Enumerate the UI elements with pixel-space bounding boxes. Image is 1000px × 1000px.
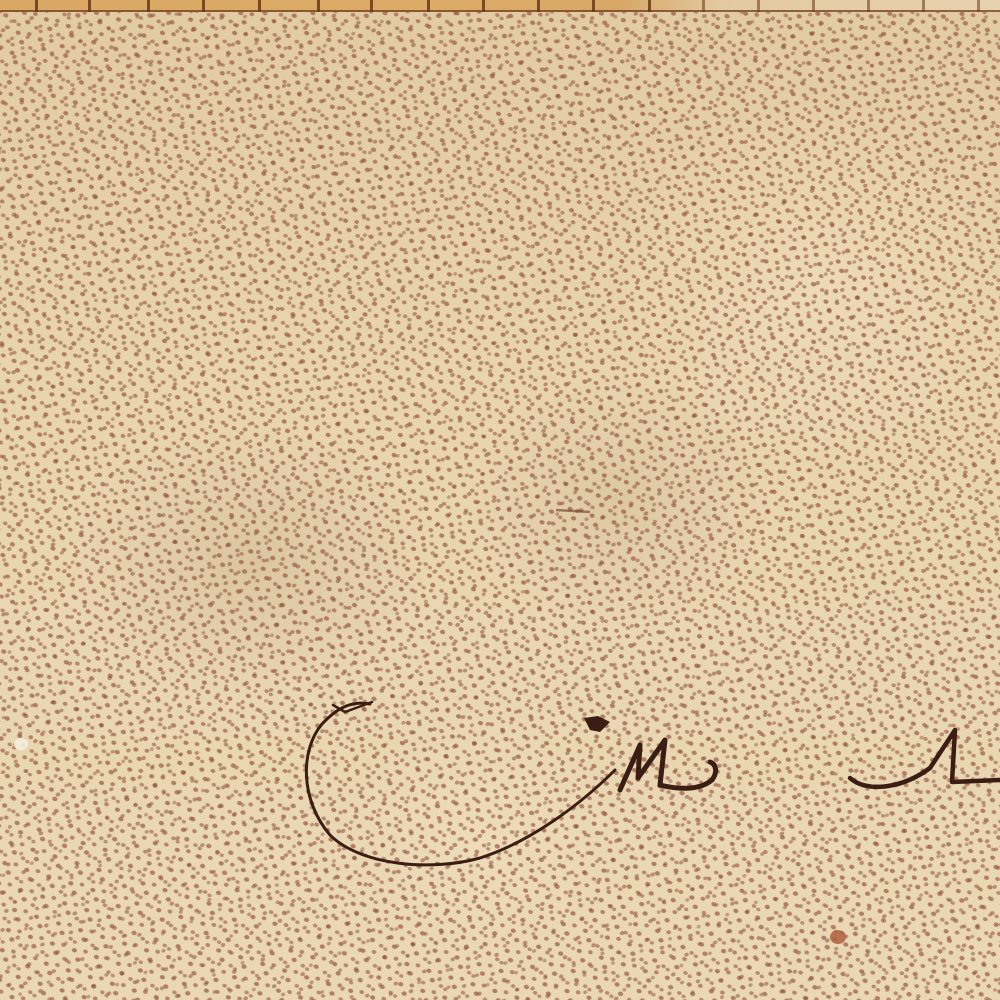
- paper-fleck: [14, 738, 28, 750]
- swash-c-flourish: [306, 703, 615, 865]
- letter-a-partial: [850, 730, 1000, 787]
- ink-blot: [830, 930, 846, 944]
- map-lettering: C M A: [0, 0, 1000, 1000]
- m-ink-dot: [584, 716, 610, 732]
- map-sheet: C M A: [0, 0, 1000, 1000]
- letter-m: [620, 740, 716, 790]
- dash-mark: [556, 510, 590, 512]
